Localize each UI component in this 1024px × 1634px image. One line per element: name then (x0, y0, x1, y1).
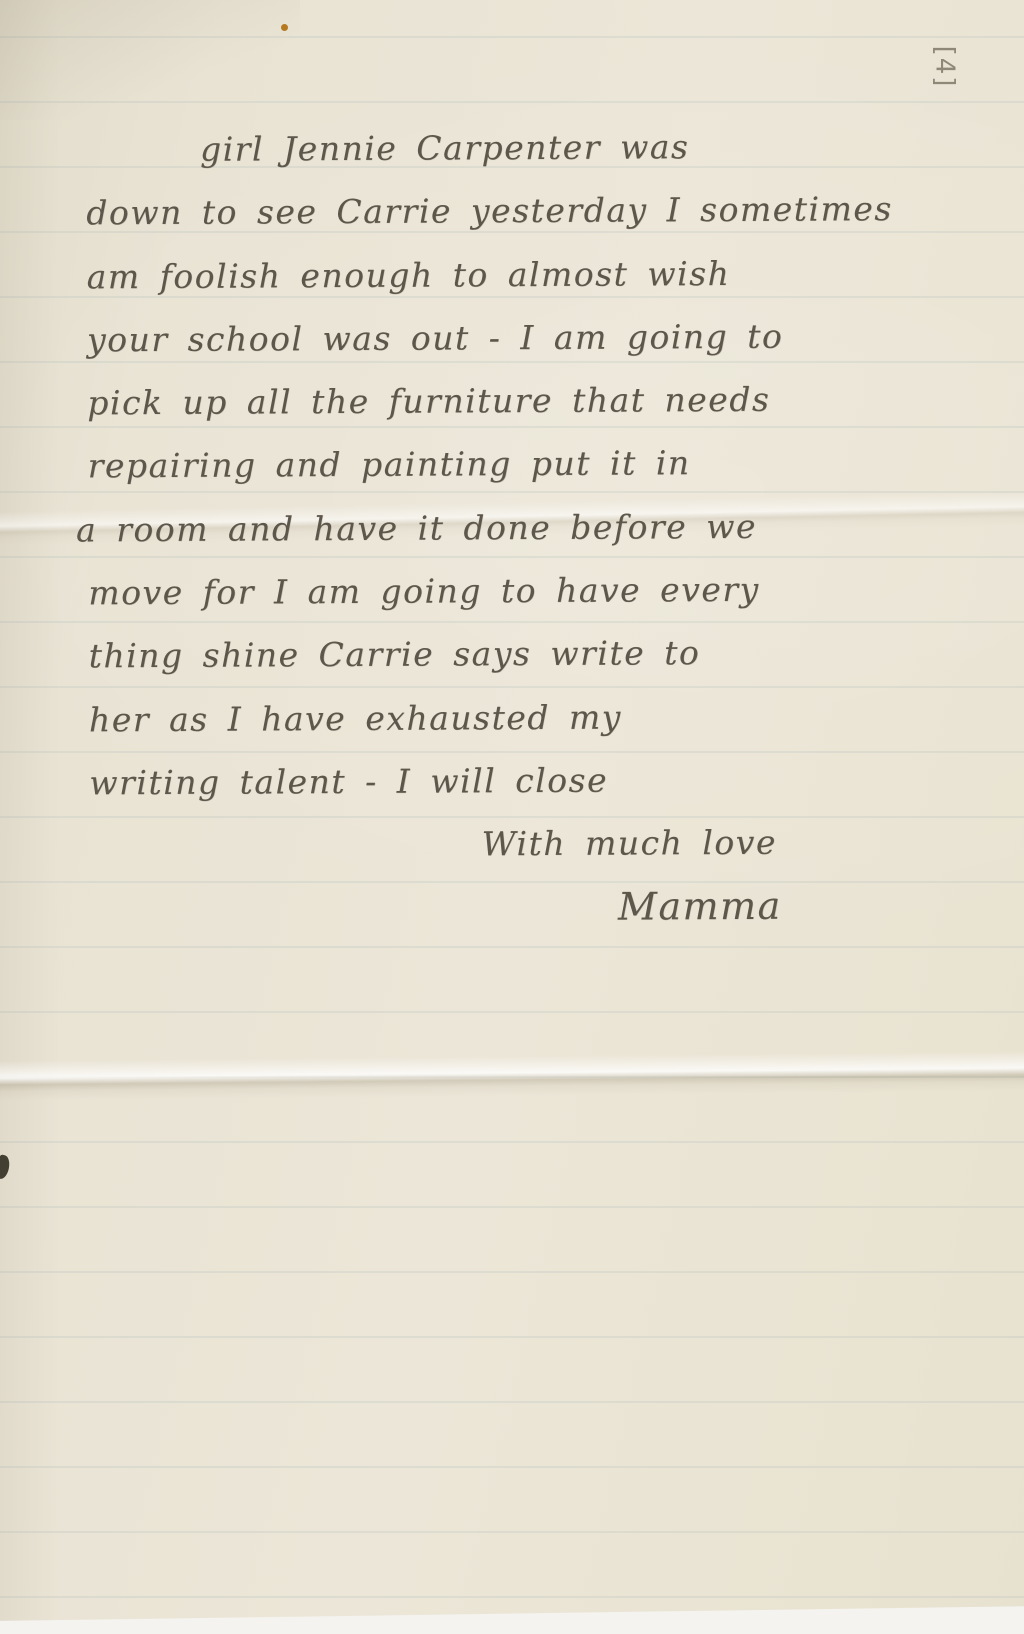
letter-signature: Mamma (90, 873, 1000, 941)
handwriting-line: move for I am going to have every (88, 557, 998, 625)
handwriting-line: thing shine Carrie says write to (89, 620, 999, 688)
left-edge-shading (0, 0, 60, 1634)
fold-crease-lower (0, 1051, 1024, 1101)
handwriting-line: am foolish enough to almost wish (87, 240, 997, 308)
handwriting-line: writing talent - I will close (89, 747, 999, 815)
handwriting-line: pick up all the furniture that needs (87, 367, 997, 435)
letter-closing: With much love (89, 810, 999, 878)
handwriting-line: a room and have it done before we (76, 493, 998, 561)
letter-body: girl Jennie Carpenter was down to see Ca… (86, 114, 1000, 942)
handwriting-line: your school was out - I am going to (87, 304, 997, 372)
page-number: [4] (930, 46, 960, 89)
corner-shading (0, 0, 300, 120)
ink-spot (281, 24, 288, 31)
handwriting-line: down to see Carrie yesterday I sometimes (86, 177, 996, 245)
handwriting-line: repairing and painting put it in (88, 430, 998, 498)
handwriting-line: girl Jennie Carpenter was (86, 114, 996, 182)
letter-page: [4] girl Jennie Carpenter was down to se… (0, 0, 1024, 1634)
letter-scan: [4] girl Jennie Carpenter was down to se… (0, 0, 1024, 1634)
left-edge-ink-smudge (0, 1154, 11, 1180)
handwriting-line: her as I have exhausted my (89, 683, 999, 751)
